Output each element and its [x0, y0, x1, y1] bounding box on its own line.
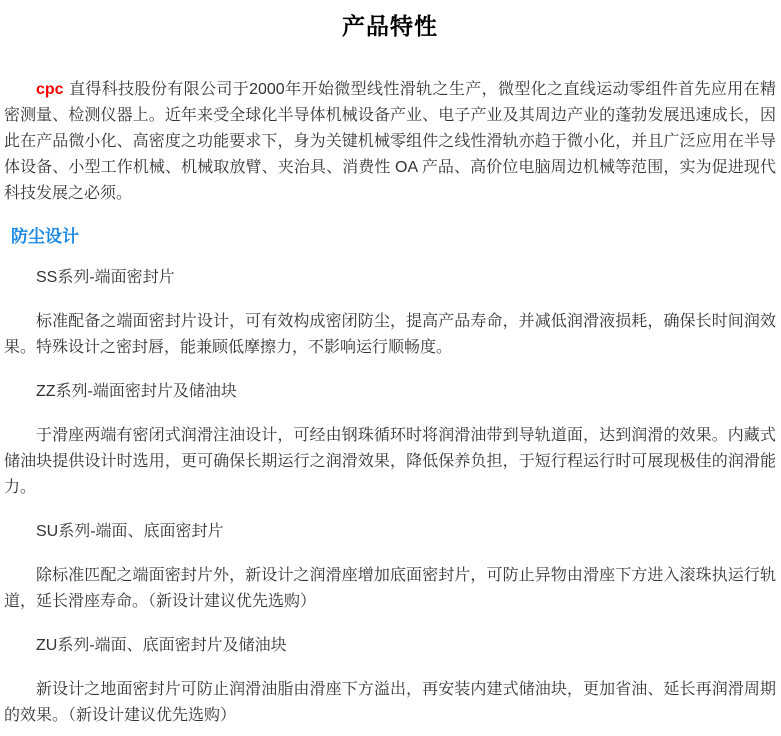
series-label-su: SU系列-端面、底面密封片	[4, 519, 776, 545]
series-desc-su: 除标准匹配之端面密封片外，新设计之润滑座增加底面密封片，可防止异物由滑座下方进入…	[4, 563, 776, 615]
series-desc-ss: 标准配备之端面密封片设计，可有效构成密闭防尘，提高产品寿命，并减低润滑液损耗，确…	[4, 309, 776, 361]
series-label-zz: ZZ系列-端面密封片及储油块	[4, 379, 776, 405]
intro-text: 直得科技股份有限公司于2000年开始微型线性滑轨之生产，微型化之直线运动零组件首…	[4, 81, 776, 202]
document-page: 产品特性 cpc直得科技股份有限公司于2000年开始微型线性滑轨之生产，微型化之…	[0, 12, 781, 729]
series-desc-zz: 于滑座两端有密闭式润滑注油设计，可经由钢珠循环时将润滑油带到导轨道面，达到润滑的…	[4, 423, 776, 501]
series-label-zu: ZU系列-端面、底面密封片及储油块	[4, 633, 776, 659]
series-desc-zu: 新设计之地面密封片可防止润滑油脂由滑座下方溢出，再安装内建式储油块，更加省油、延…	[4, 677, 776, 729]
brand-cpc: cpc	[36, 81, 64, 98]
page-title: 产品特性	[4, 12, 776, 40]
section-heading-dustproof: 防尘设计	[4, 225, 776, 249]
series-label-ss: SS系列-端面密封片	[4, 265, 776, 291]
intro-paragraph: cpc直得科技股份有限公司于2000年开始微型线性滑轨之生产，微型化之直线运动零…	[4, 77, 776, 207]
